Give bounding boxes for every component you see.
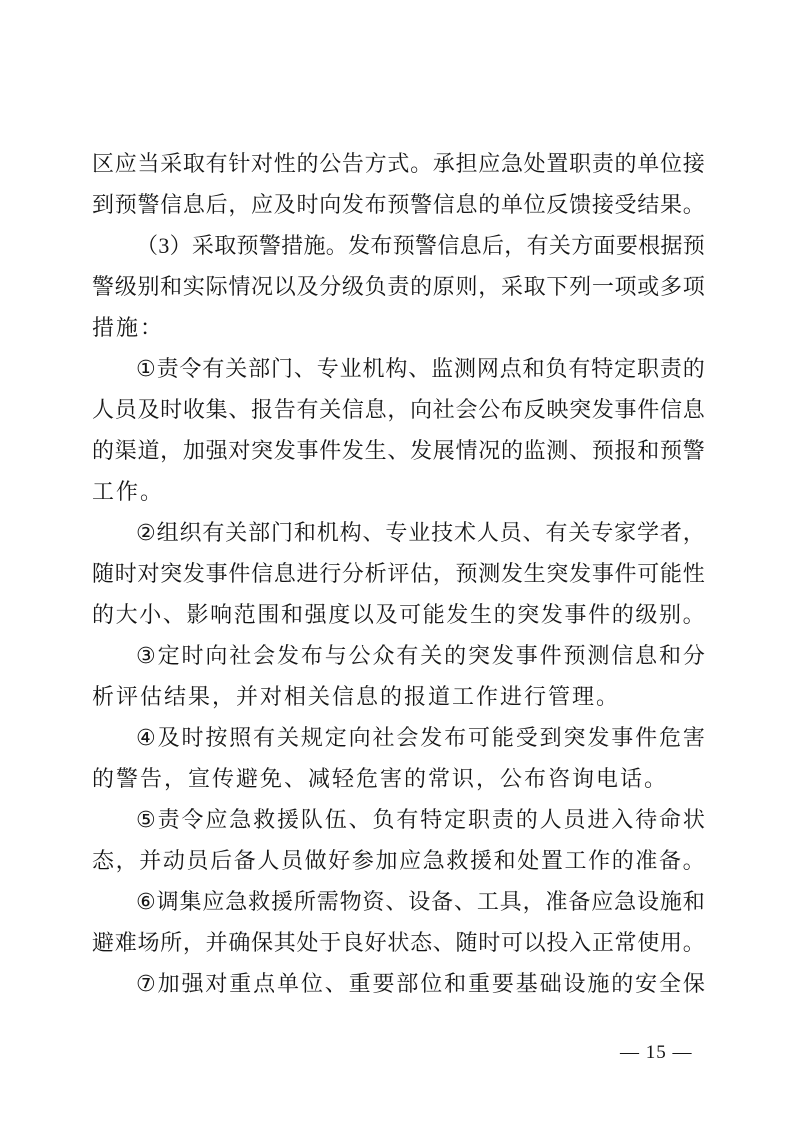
text-line: ④及时按照有关规定向社会发布可能受到突发事件危害 (92, 717, 705, 758)
text-line: 的大小、影响范围和强度以及可能发生的突发事件的级别。 (92, 594, 705, 635)
text-line: ②组织有关部门和机构、专业技术人员、有关专家学者， (92, 512, 705, 553)
document-page: 区应当采取有针对性的公告方式。承担应急处置职责的单位接 到预警信息后，应及时向发… (0, 0, 793, 1122)
text-line: 随时对突发事件信息进行分析评估，预测发生突发事件可能性 (92, 553, 705, 594)
text-line: ⑤责令应急救援队伍、负有特定职责的人员进入待命状 (92, 799, 705, 840)
text-line: 措施： (92, 307, 705, 348)
text-line: 的警告，宣传避免、减轻危害的常识，公布咨询电话。 (92, 758, 705, 799)
text-line: ⑦加强对重点单位、重要部位和重要基础设施的安全保 (92, 963, 705, 1004)
text-line: ⑥调集应急救援所需物资、设备、工具，准备应急设施和 (92, 881, 705, 922)
text-line: 区应当采取有针对性的公告方式。承担应急处置职责的单位接 (92, 143, 705, 184)
body-text: 区应当采取有针对性的公告方式。承担应急处置职责的单位接 到预警信息后，应及时向发… (92, 143, 705, 1004)
text-line: 的渠道，加强对突发事件发生、发展情况的监测、预报和预警 (92, 430, 705, 471)
text-line: 到预警信息后，应及时向发布预警信息的单位反馈接受结果。 (92, 184, 705, 225)
text-line: 避难场所，并确保其处于良好状态、随时可以投入正常使用。 (92, 922, 705, 963)
text-line: 警级别和实际情况以及分级负责的原则，采取下列一项或多项 (92, 266, 705, 307)
text-line: （3）采取预警措施。发布预警信息后，有关方面要根据预 (92, 225, 705, 266)
text-line: ③定时向社会发布与公众有关的突发事件预测信息和分 (92, 635, 705, 676)
text-line: 工作。 (92, 471, 705, 512)
page-number: — 15 — (620, 1041, 715, 1065)
text-line: 析评估结果，并对相关信息的报道工作进行管理。 (92, 676, 705, 717)
text-line: ①责令有关部门、专业机构、监测网点和负有特定职责的 (92, 348, 705, 389)
text-line: 人员及时收集、报告有关信息，向社会公布反映突发事件信息 (92, 389, 705, 430)
text-line: 态，并动员后备人员做好参加应急救援和处置工作的准备。 (92, 840, 705, 881)
